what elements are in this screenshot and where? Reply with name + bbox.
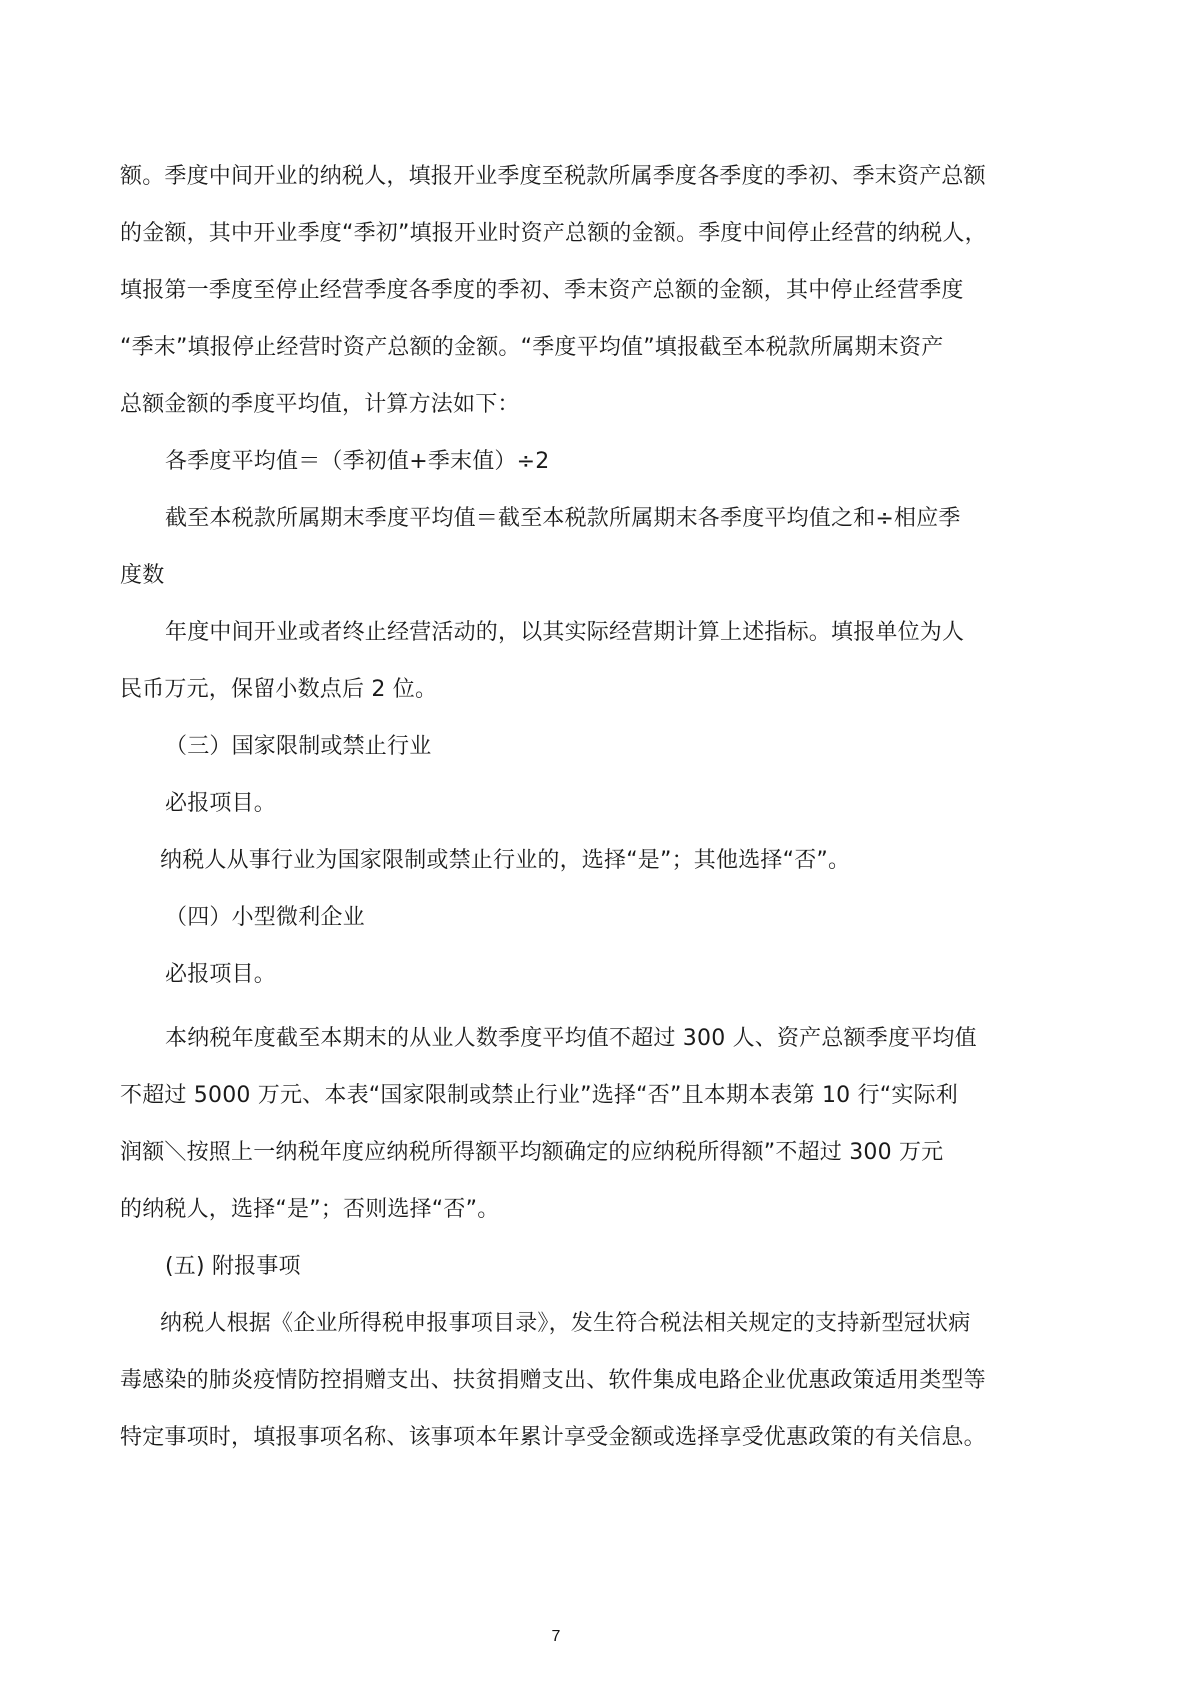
body-text-line: 不超过 5000 万元、本表“国家限制或禁止行业”选择“否”且本期本表第 10 … xyxy=(120,1081,958,1111)
body-text-line: 填报第一季度至停止经营季度各季度的季初、季末资产总额的金额，其中停止经营季度 xyxy=(120,276,964,306)
body-text-line: 的金额，其中开业季度“季初”填报开业时资产总额的金额。季度中间停止经营的纳税人， xyxy=(120,219,987,249)
body-text-line: 额。季度中间开业的纳税人，填报开业季度至税款所属季度各季度的季初、季末资产总额 xyxy=(120,162,986,192)
body-text-line: 民币万元，保留小数点后 2 位。 xyxy=(120,675,437,705)
body-text-line: 必报项目。 xyxy=(165,960,276,990)
formula-line: 各季度平均值＝（季初值+季末值）÷2 xyxy=(165,447,549,477)
body-text-line: 必报项目。 xyxy=(165,789,276,819)
section-heading: （四）小型微利企业 xyxy=(165,903,365,933)
document-page: 额。季度中间开业的纳税人，填报开业季度至税款所属季度各季度的季初、季末资产总额 … xyxy=(0,0,1200,1696)
body-text-line: 纳税人根据《企业所得税申报事项目录》，发生符合税法相关规定的支持新型冠状病 xyxy=(160,1309,970,1339)
body-text-line: 本纳税年度截至本期末的从业人数季度平均值不超过 300 人、资产总额季度平均值 xyxy=(165,1024,977,1054)
body-text-line: 度数 xyxy=(120,561,164,591)
body-text-line: 的纳税人，选择“是”；否则选择“否”。 xyxy=(120,1195,499,1225)
formula-line: 截至本税款所属期末季度平均值＝截至本税款所属期末各季度平均值之和÷相应季 xyxy=(165,504,961,534)
section-heading: （三）国家限制或禁止行业 xyxy=(165,732,431,762)
body-text-line: 年度中间开业或者终止经营活动的，以其实际经营期计算上述指标。填报单位为人 xyxy=(165,618,964,648)
body-text-line: 纳税人从事行业为国家限制或禁止行业的，选择“是”；其他选择“否”。 xyxy=(160,846,850,876)
page-number: 7 xyxy=(0,1628,1112,1646)
body-text-line: 总额金额的季度平均值，计算方法如下： xyxy=(120,390,520,420)
body-text-line: “季末”填报停止经营时资产总额的金额。“季度平均值”填报截至本税款所属期末资产 xyxy=(120,333,943,363)
body-text-line: 润额＼按照上一纳税年度应纳税所得额平均额确定的应纳税所得额”不超过 300 万元 xyxy=(120,1138,943,1168)
body-text-line: 特定事项时，填报事项名称、该事项本年累计享受金额或选择享受优惠政策的有关信息。 xyxy=(120,1423,986,1453)
body-text-line: 毒感染的肺炎疫情防控捐赠支出、扶贫捐赠支出、软件集成电路企业优惠政策适用类型等 xyxy=(120,1366,986,1396)
section-heading: (五) 附报事项 xyxy=(165,1252,301,1282)
